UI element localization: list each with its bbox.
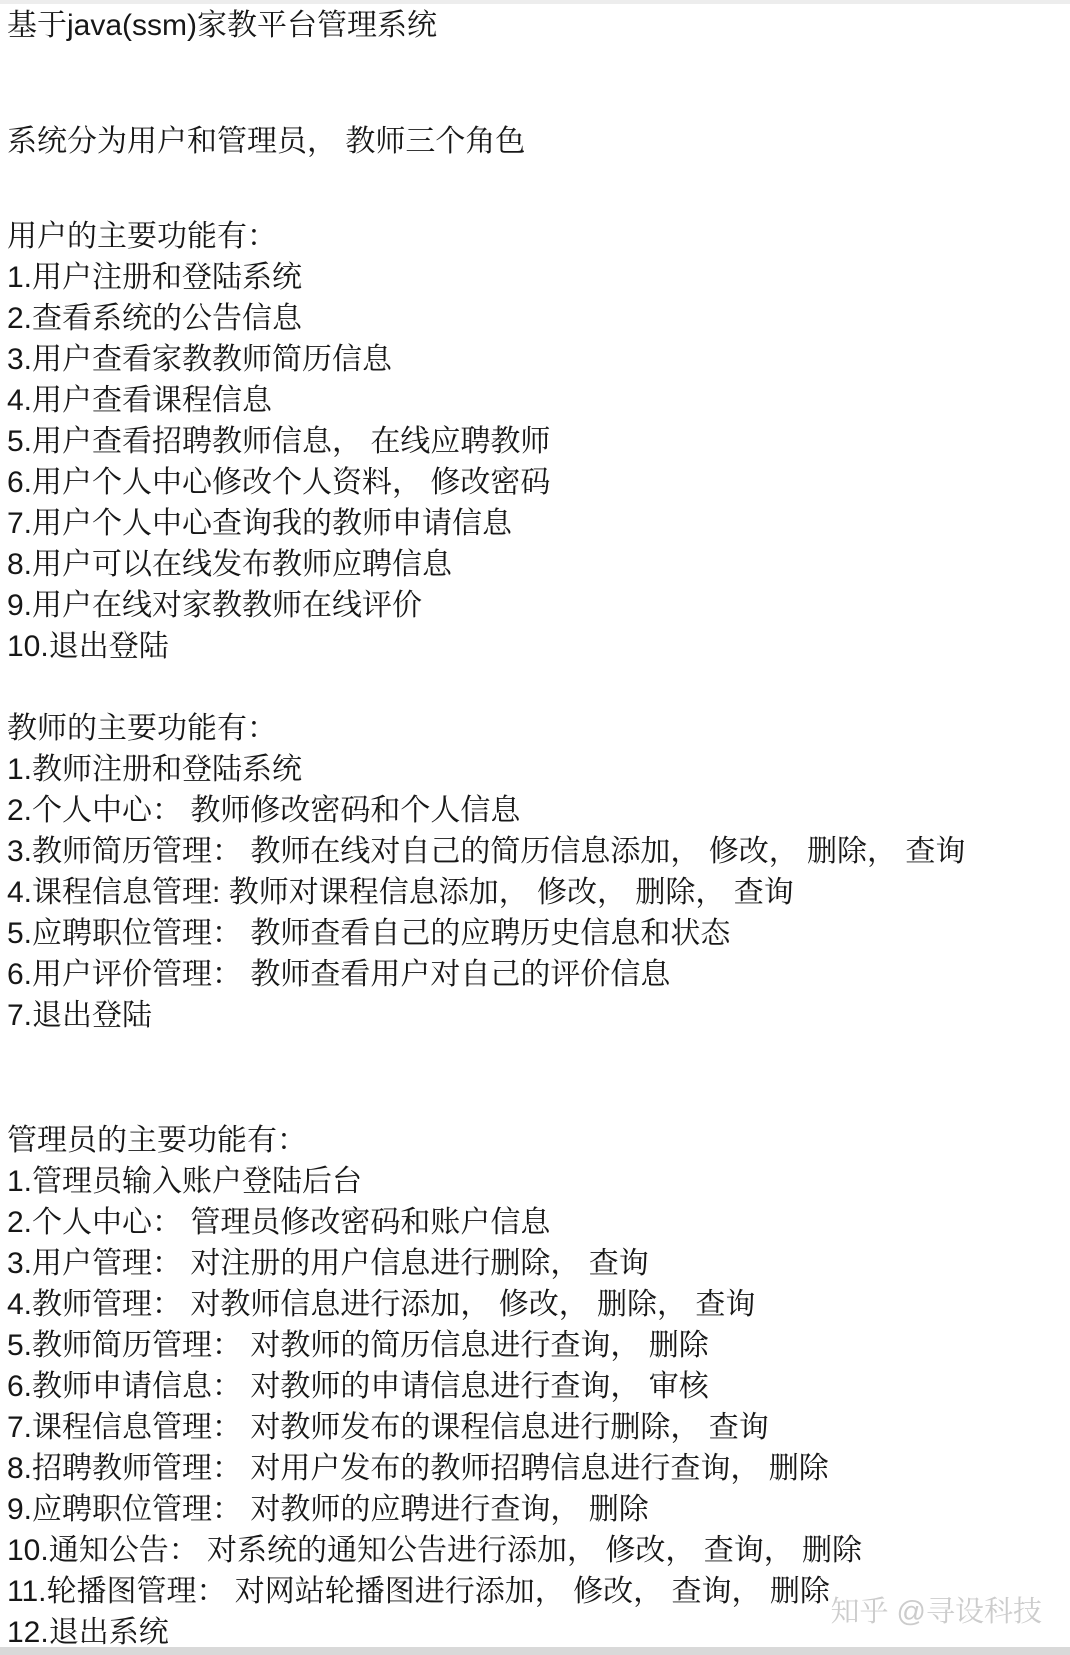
list-item: 1.教师注册和登陆系统 xyxy=(7,749,1070,790)
user-section-heading: 用户的主要功能有： xyxy=(7,216,1070,257)
list-item: 4.用户查看课程信息 xyxy=(7,380,1070,421)
list-item: 7.用户个人中心查询我的教师申请信息 xyxy=(7,503,1070,544)
bottom-border xyxy=(0,1647,1070,1655)
teacher-section-heading: 教师的主要功能有： xyxy=(7,708,1070,749)
teacher-section: 教师的主要功能有： 1.教师注册和登陆系统 2.个人中心： 教师修改密码和个人信… xyxy=(7,708,1070,1036)
list-item: 5.应聘职位管理： 教师查看自己的应聘历史信息和状态 xyxy=(7,913,1070,954)
list-item: 2.个人中心： 教师修改密码和个人信息 xyxy=(7,790,1070,831)
list-item: 9.用户在线对家教教师在线评价 xyxy=(7,585,1070,626)
list-item: 2.个人中心： 管理员修改密码和账户信息 xyxy=(7,1202,1070,1243)
list-item: 8.招聘教师管理： 对用户发布的教师招聘信息进行查询， 删除 xyxy=(7,1448,1070,1489)
list-item: 2.查看系统的公告信息 xyxy=(7,298,1070,339)
list-item: 3.用户查看家教教师简历信息 xyxy=(7,339,1070,380)
list-item: 6.用户个人中心修改个人资料， 修改密码 xyxy=(7,462,1070,503)
list-item: 7.退出登陆 xyxy=(7,995,1070,1036)
list-item: 1.管理员输入账户登陆后台 xyxy=(7,1161,1070,1202)
list-item: 8.用户可以在线发布教师应聘信息 xyxy=(7,544,1070,585)
list-item: 3.用户管理： 对注册的用户信息进行删除， 查询 xyxy=(7,1243,1070,1284)
list-item: 10.退出登陆 xyxy=(7,626,1070,667)
list-item: 4.教师管理： 对教师信息进行添加， 修改， 删除， 查询 xyxy=(7,1284,1070,1325)
list-item: 9.应聘职位管理： 对教师的应聘进行查询， 删除 xyxy=(7,1489,1070,1530)
list-item: 6.教师申请信息： 对教师的申请信息进行查询， 审核 xyxy=(7,1366,1070,1407)
top-border xyxy=(0,0,1070,4)
list-item: 5.用户查看招聘教师信息， 在线应聘教师 xyxy=(7,421,1070,462)
list-item: 3.教师简历管理： 教师在线对自己的简历信息添加， 修改， 删除， 查询 xyxy=(7,831,1070,872)
page-title: 基于java(ssm)家教平台管理系统 xyxy=(7,5,1070,46)
list-item: 10.通知公告： 对系统的通知公告进行添加， 修改， 查询， 删除 xyxy=(7,1530,1070,1571)
list-item: 4.课程信息管理: 教师对课程信息添加， 修改， 删除， 查询 xyxy=(7,872,1070,913)
article-body: 基于java(ssm)家教平台管理系统 系统分为用户和管理员， 教师三个角色 用… xyxy=(0,0,1070,1653)
user-section: 用户的主要功能有： 1.用户注册和登陆系统 2.查看系统的公告信息 3.用户查看… xyxy=(7,216,1070,667)
list-item: 5.教师简历管理： 对教师的简历信息进行查询， 删除 xyxy=(7,1325,1070,1366)
list-item: 1.用户注册和登陆系统 xyxy=(7,257,1070,298)
watermark: 知乎 @寻设科技 xyxy=(831,1594,1043,1630)
intro-text: 系统分为用户和管理员， 教师三个角色 xyxy=(7,121,1070,162)
list-item: 7.课程信息管理： 对教师发布的课程信息进行删除， 查询 xyxy=(7,1407,1070,1448)
list-item: 6.用户评价管理： 教师查看用户对自己的评价信息 xyxy=(7,954,1070,995)
admin-section-heading: 管理员的主要功能有： xyxy=(7,1120,1070,1161)
admin-section: 管理员的主要功能有： 1.管理员输入账户登陆后台 2.个人中心： 管理员修改密码… xyxy=(7,1120,1070,1653)
